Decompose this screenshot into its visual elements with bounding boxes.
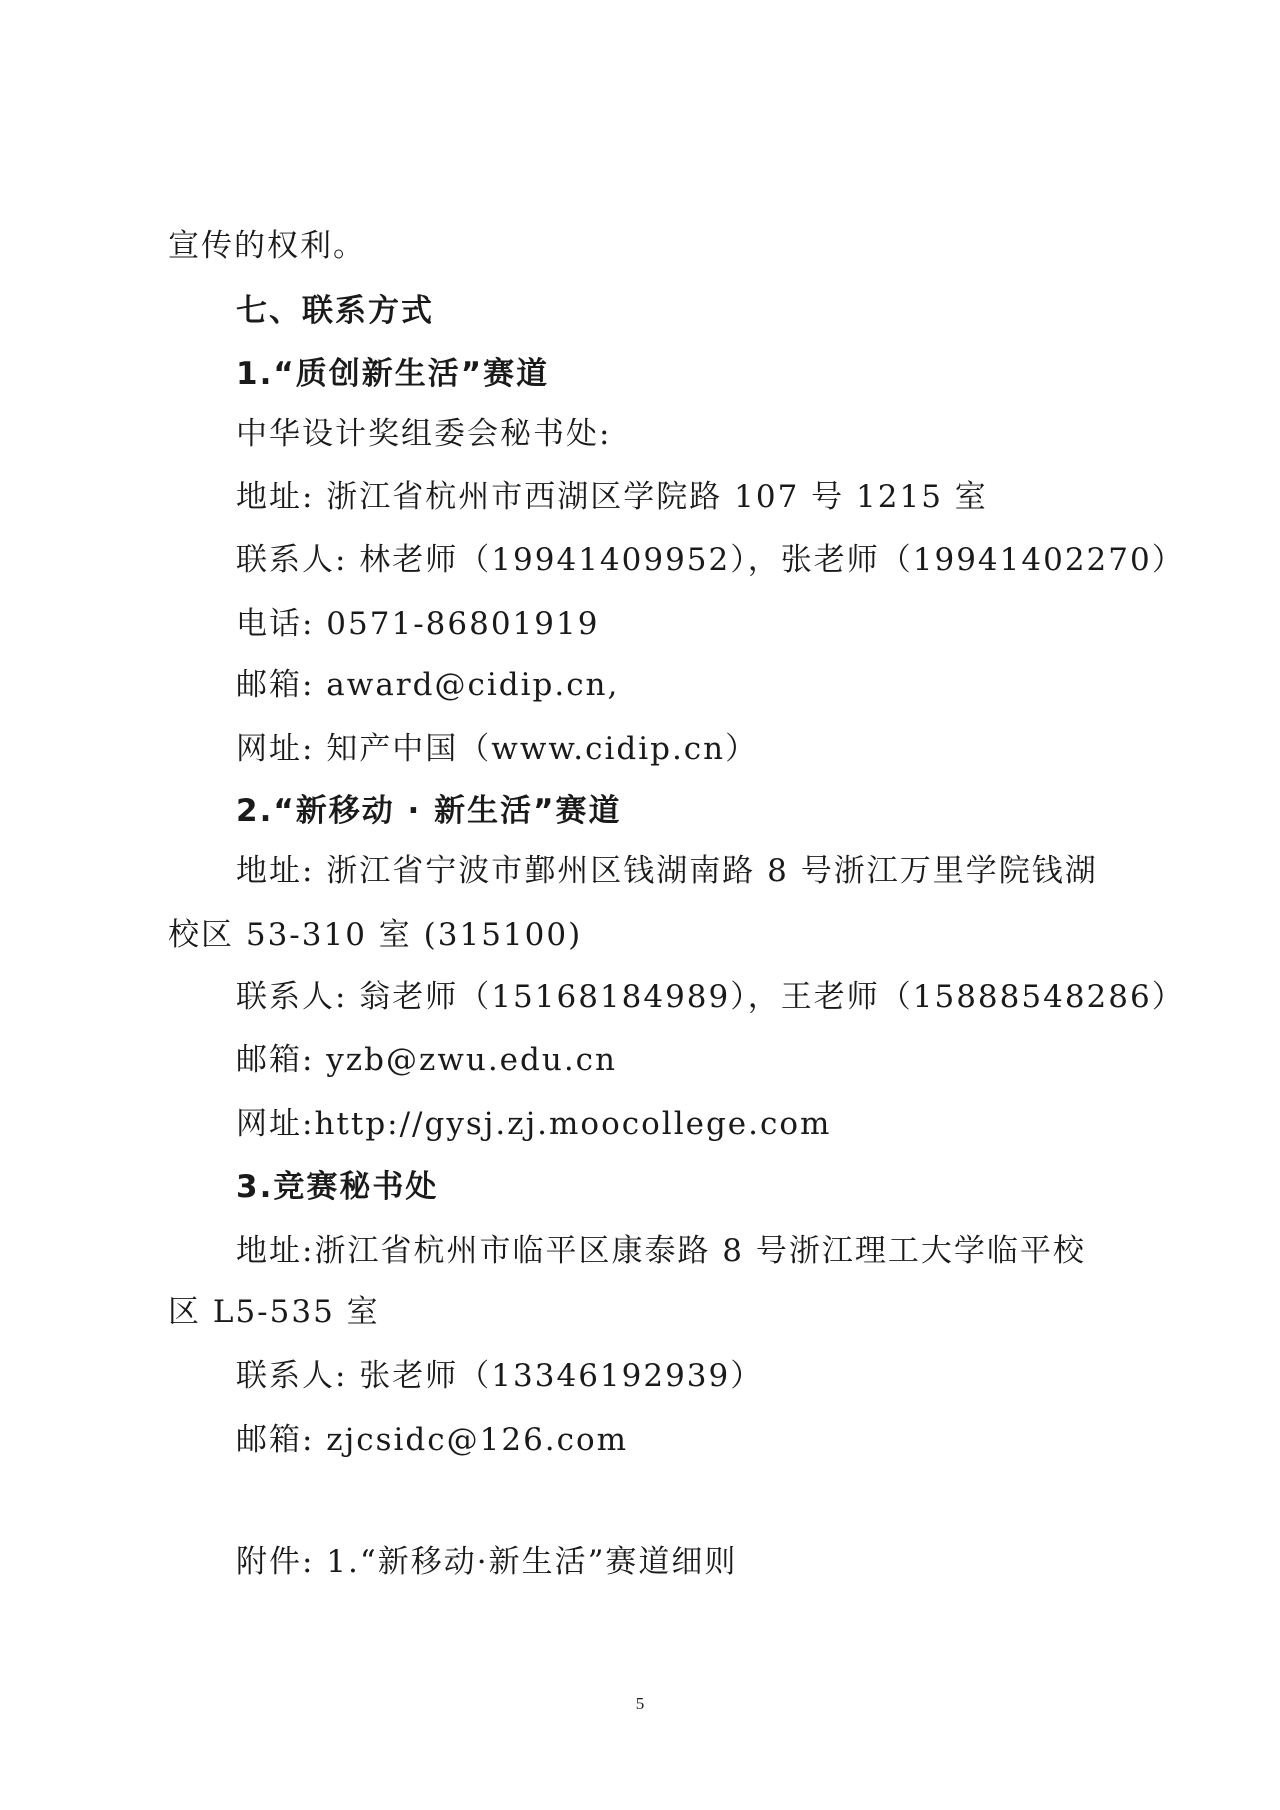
paragraph-continuation: 宣传的权利。: [168, 226, 366, 266]
contact-person-1: 联系人: 林老师（19941409952），张老师（19941402270）: [236, 540, 1185, 580]
address-2: 地址: 浙江省宁波市鄞州区钱湖南路 8 号浙江万里学院钱湖: [236, 851, 1098, 891]
org-name: 中华设计奖组委会秘书处:: [236, 414, 611, 454]
page-number: 5: [0, 1694, 1280, 1714]
website-2: 网址:http://gysj.zj.moocollege.com: [236, 1104, 831, 1144]
contact-person-3: 联系人: 张老师（13346192939）: [236, 1356, 763, 1396]
address-2-continuation: 校区 53-310 室 (315100): [168, 915, 582, 955]
email-2: 邮箱: yzb@zwu.edu.cn: [236, 1040, 617, 1080]
subheading-track-2: 2.“新移动 · 新生活”赛道: [236, 791, 621, 831]
address-3-continuation: 区 L5-535 室: [168, 1292, 380, 1332]
address-3: 地址:浙江省杭州市临平区康泰路 8 号浙江理工大学临平校: [236, 1231, 1086, 1271]
subheading-track-1: 1.“质创新生活”赛道: [236, 354, 549, 394]
attachment-note: 附件: 1.“新移动·新生活”赛道细则: [236, 1542, 737, 1582]
phone-1: 电话: 0571-86801919: [236, 604, 599, 644]
email-1: 邮箱: award@cidip.cn,: [236, 665, 619, 705]
website-1: 网址: 知产中国（www.cidip.cn）: [236, 729, 758, 769]
contact-person-2: 联系人: 翁老师（15168184989），王老师（15888548286）: [236, 977, 1185, 1017]
address-1: 地址: 浙江省杭州市西湖区学院路 107 号 1215 室: [236, 477, 988, 517]
subheading-secretariat: 3.竞赛秘书处: [236, 1167, 438, 1207]
section-heading-contact: 七、联系方式: [236, 291, 434, 331]
email-3: 邮箱: zjcsidc@126.com: [236, 1420, 628, 1460]
